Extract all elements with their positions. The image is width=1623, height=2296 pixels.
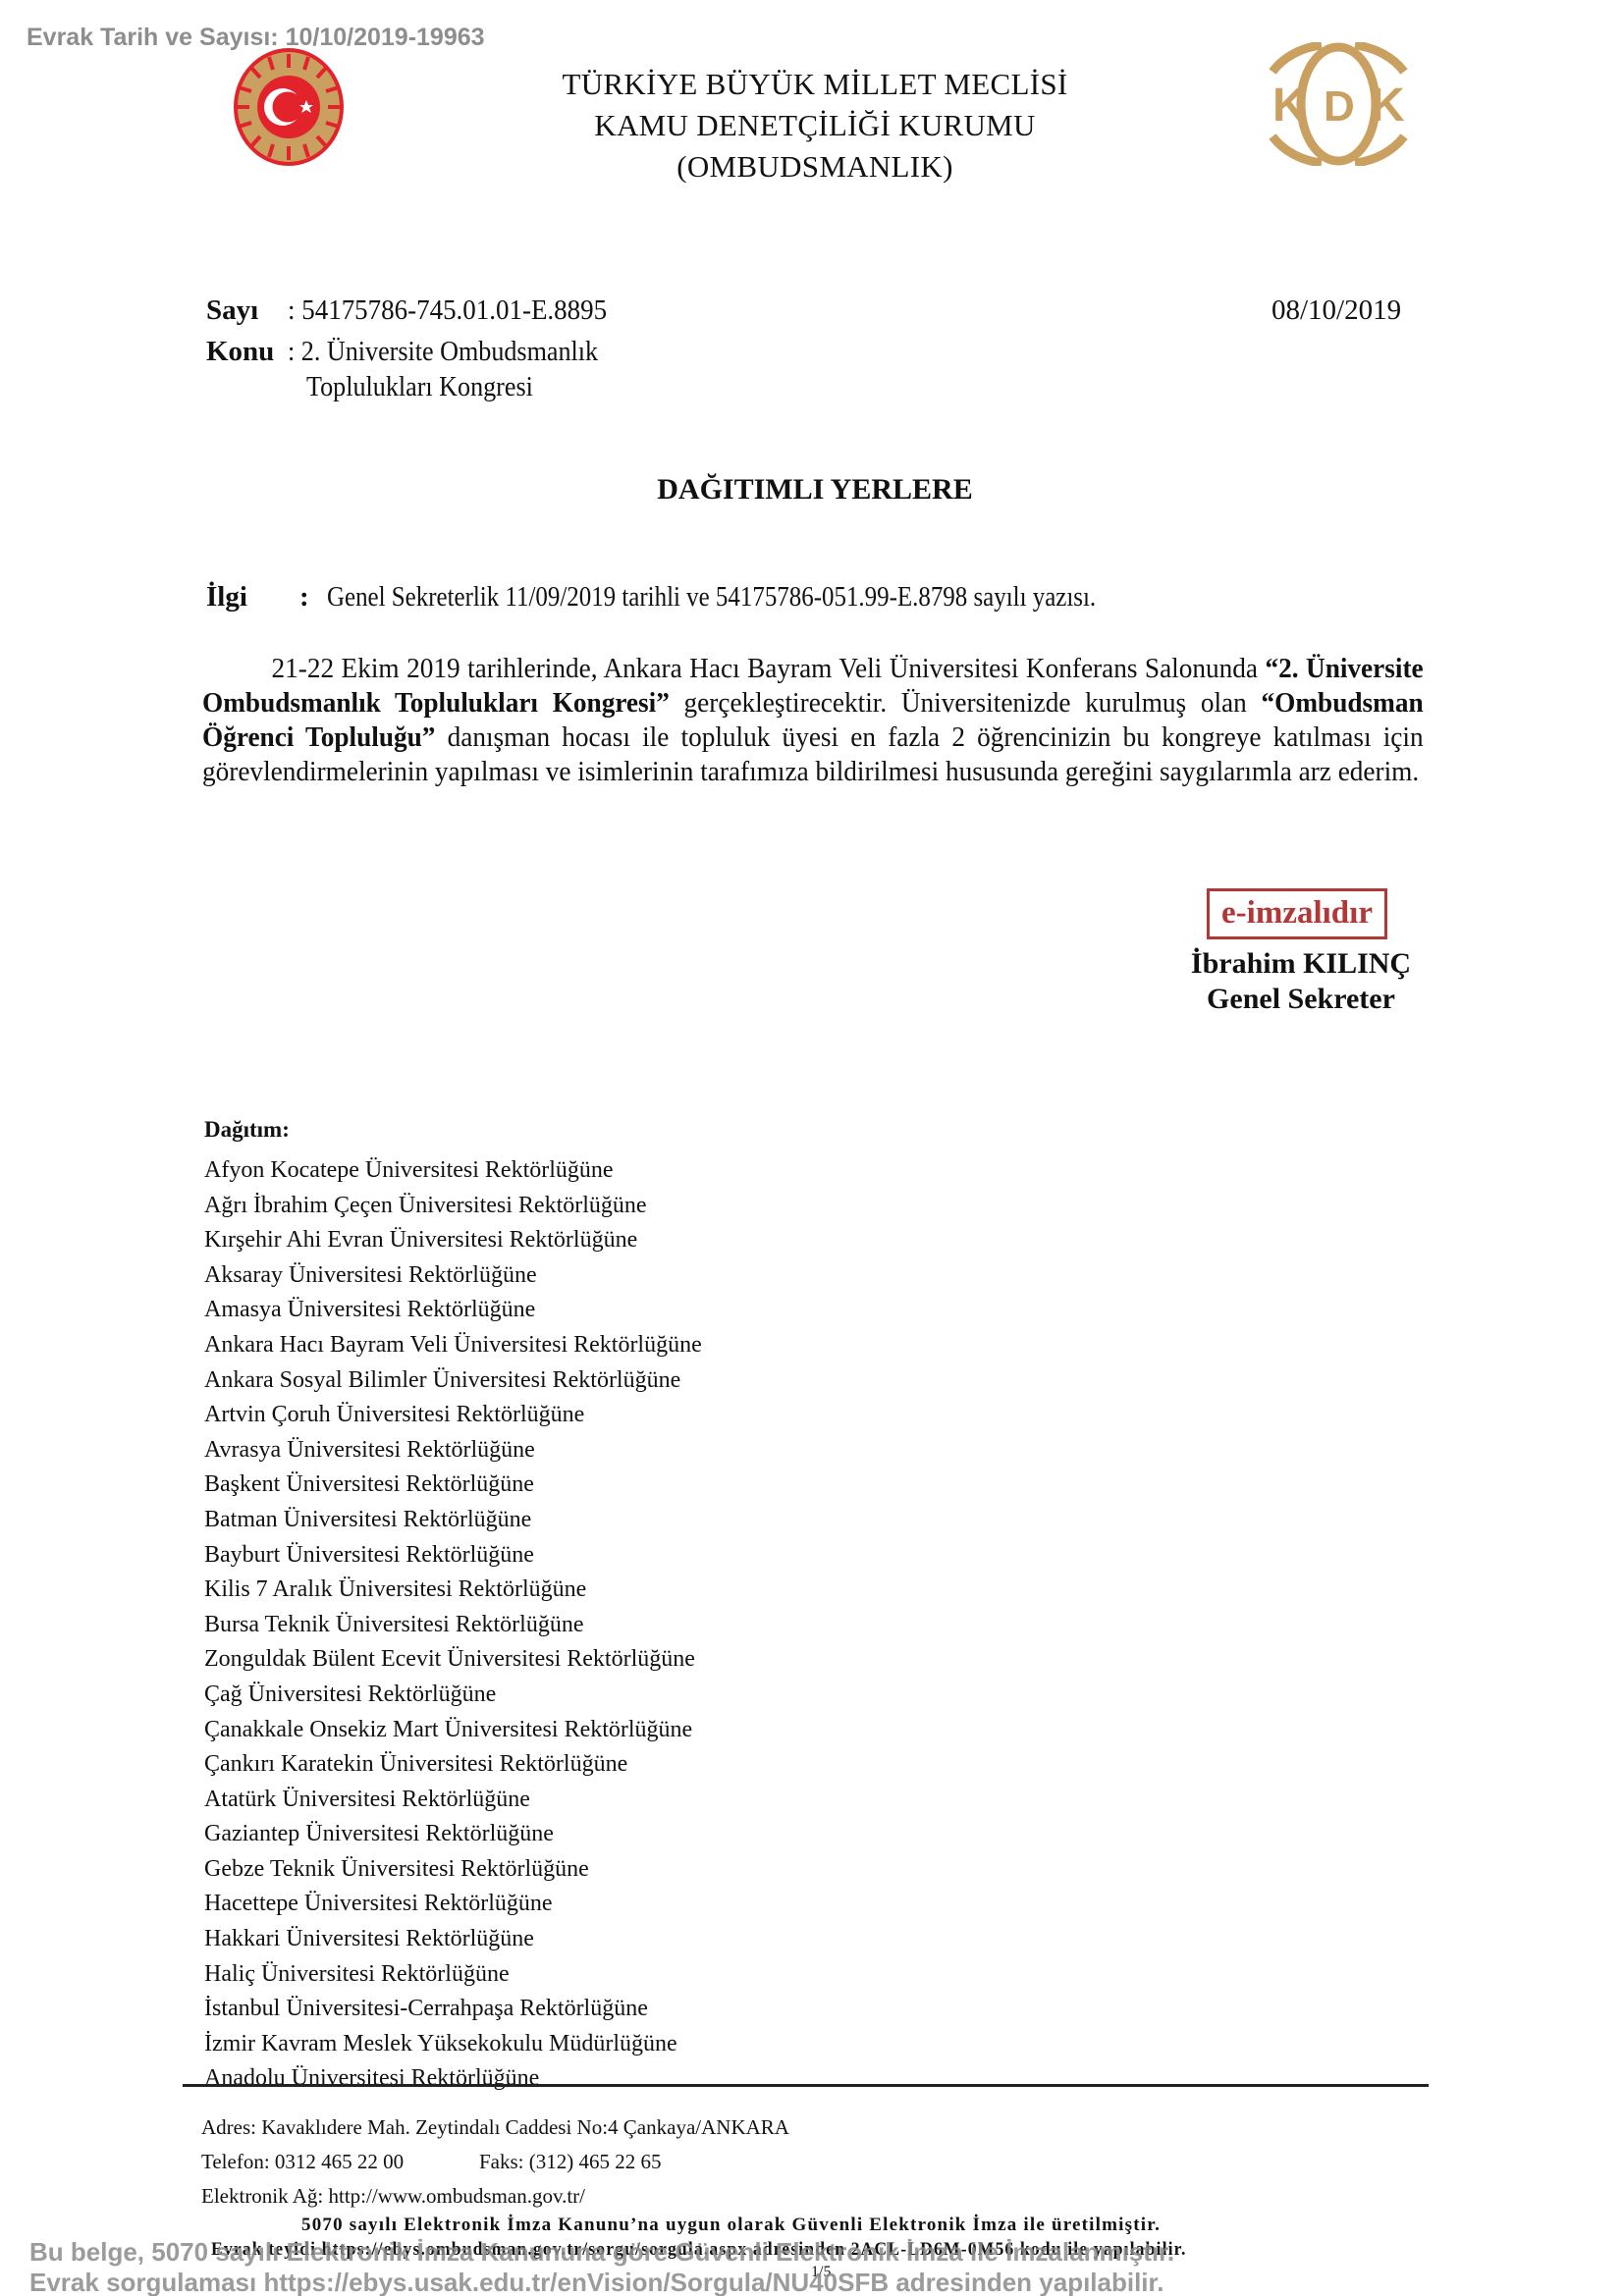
signature-watermark: Bu belge, 5070 sayılı Elektronik İmza Ka… <box>29 2237 1174 2268</box>
verification-watermark: Evrak sorgulaması https://ebys.usak.edu.… <box>29 2268 1163 2296</box>
body-text-1: 21-22 Ekim 2019 tarihlerinde, Ankara Hac… <box>272 653 1266 684</box>
institution-name-line2: KAMU DENETÇİLİĞİ KURUMU <box>422 108 1208 143</box>
footer-web: Elektronik Ağ: http://www.ombudsman.gov.… <box>201 2184 585 2209</box>
distribution-item: Batman Üniversitesi Rektörlüğüne <box>204 1503 702 1538</box>
distribution-item: Gaziantep Üniversitesi Rektörlüğüne <box>204 1817 702 1852</box>
signatory-name: İbrahim KILINÇ <box>1168 947 1434 981</box>
recipient-title: DAĞITIMLI YERLERE <box>422 473 1208 507</box>
distribution-item: Zonguldak Bülent Ecevit Üniversitesi Rek… <box>204 1642 702 1678</box>
distribution-item: Afyon Kocatepe Üniversitesi Rektörlüğüne <box>204 1153 702 1189</box>
footer-fax: Faks: (312) 465 22 65 <box>479 2150 662 2174</box>
distribution-item: Bursa Teknik Üniversitesi Rektörlüğüne <box>204 1608 702 1643</box>
footer-divider <box>183 2084 1429 2087</box>
distribution-item: Kilis 7 Aralık Üniversitesi Rektörlüğüne <box>204 1573 702 1608</box>
distribution-item: İstanbul Üniversitesi-Cerrahpaşa Rektörl… <box>204 1992 702 2027</box>
distribution-item: Ağrı İbrahim Çeçen Üniversitesi Rektörlü… <box>204 1189 702 1224</box>
ilgi-colon: : <box>299 581 309 614</box>
distribution-item: Avrasya Üniversitesi Rektörlüğüne <box>204 1433 702 1468</box>
distribution-item: İzmir Kavram Meslek Yüksekokulu Müdürlüğ… <box>204 2027 702 2062</box>
body-paragraph: 21-22 Ekim 2019 tarihlerinde, Ankara Hac… <box>202 652 1424 789</box>
distribution-item: Haliç Üniversitesi Rektörlüğüne <box>204 1957 702 1993</box>
konu-value-line2: Toplulukları Kongresi <box>306 371 533 403</box>
distribution-item: Ankara Sosyal Bilimler Üniversitesi Rekt… <box>204 1363 702 1399</box>
distribution-item: Hakkari Üniversitesi Rektörlüğüne <box>204 1922 702 1957</box>
distribution-list: Afyon Kocatepe Üniversitesi Rektörlüğüne… <box>204 1153 702 2097</box>
kdk-logo-icon: K D K <box>1265 42 1412 166</box>
distribution-item: Hacettepe Üniversitesi Rektörlüğüne <box>204 1887 702 1922</box>
distribution-item: Aksaray Üniversitesi Rektörlüğüne <box>204 1258 702 1294</box>
distribution-item: Başkent Üniversitesi Rektörlüğüne <box>204 1468 702 1503</box>
tbmm-seal-icon <box>226 44 352 170</box>
distribution-heading: Dağıtım: <box>204 1117 290 1143</box>
sayi-value: : 54175786-745.01.01-E.8895 <box>288 294 607 327</box>
distribution-item: Çanakkale Onsekiz Mart Üniversitesi Rekt… <box>204 1713 702 1748</box>
distribution-item: Amasya Üniversitesi Rektörlüğüne <box>204 1293 702 1328</box>
svg-text:K: K <box>1371 80 1405 132</box>
footer-web-text: Elektronik Ağ: http://www.ombudsman.gov.… <box>201 2184 585 2208</box>
ilgi-text: Genel Sekreterlik 11/09/2019 tarihli ve … <box>327 581 1096 614</box>
distribution-item: Atatürk Üniversitesi Rektörlüğüne <box>204 1783 702 1818</box>
footer-address: Adres: Kavaklıdere Mah. Zeytindalı Cadde… <box>201 2115 789 2140</box>
document-date: 08/10/2019 <box>1271 294 1401 327</box>
distribution-item: Çankırı Karatekin Üniversitesi Rektörlüğ… <box>204 1747 702 1783</box>
distribution-item: Gebze Teknik Üniversitesi Rektörlüğüne <box>204 1852 702 1888</box>
institution-name-line3: (OMBUDSMANLIK) <box>422 149 1208 185</box>
distribution-item: Kırşehir Ahi Evran Üniversitesi Rektörlü… <box>204 1223 702 1258</box>
svg-text:K: K <box>1272 80 1307 132</box>
e-signature-legal-notice: 5070 sayılı Elektronik İmza Kanunu’na uy… <box>301 2215 1161 2236</box>
footer-phone: Telefon: 0312 465 22 00 <box>201 2150 404 2174</box>
signatory-title: Genel Sekreter <box>1168 983 1434 1016</box>
ilgi-label: İlgi <box>206 581 247 614</box>
sayi-label: Sayı <box>206 294 258 327</box>
institution-name-line1: TÜRKİYE BÜYÜK MİLLET MECLİSİ <box>422 67 1208 102</box>
konu-label: Konu <box>206 336 274 368</box>
distribution-item: Çağ Üniversitesi Rektörlüğüne <box>204 1678 702 1713</box>
distribution-item: Ankara Hacı Bayram Veli Üniversitesi Rek… <box>204 1328 702 1363</box>
body-text-2: gerçekleştirecektir. Üniversitenizde kur… <box>670 687 1262 719</box>
distribution-item: Bayburt Üniversitesi Rektörlüğüne <box>204 1538 702 1574</box>
distribution-item: Artvin Çoruh Üniversitesi Rektörlüğüne <box>204 1398 702 1433</box>
e-signature-stamp: e-imzalıdır <box>1207 888 1387 939</box>
konu-value: : 2. Üniversite Ombudsmanlık <box>288 336 598 368</box>
svg-text:D: D <box>1324 82 1355 131</box>
distribution-item: Anadolu Üniversitesi Rektörlüğüne <box>204 2061 702 2097</box>
